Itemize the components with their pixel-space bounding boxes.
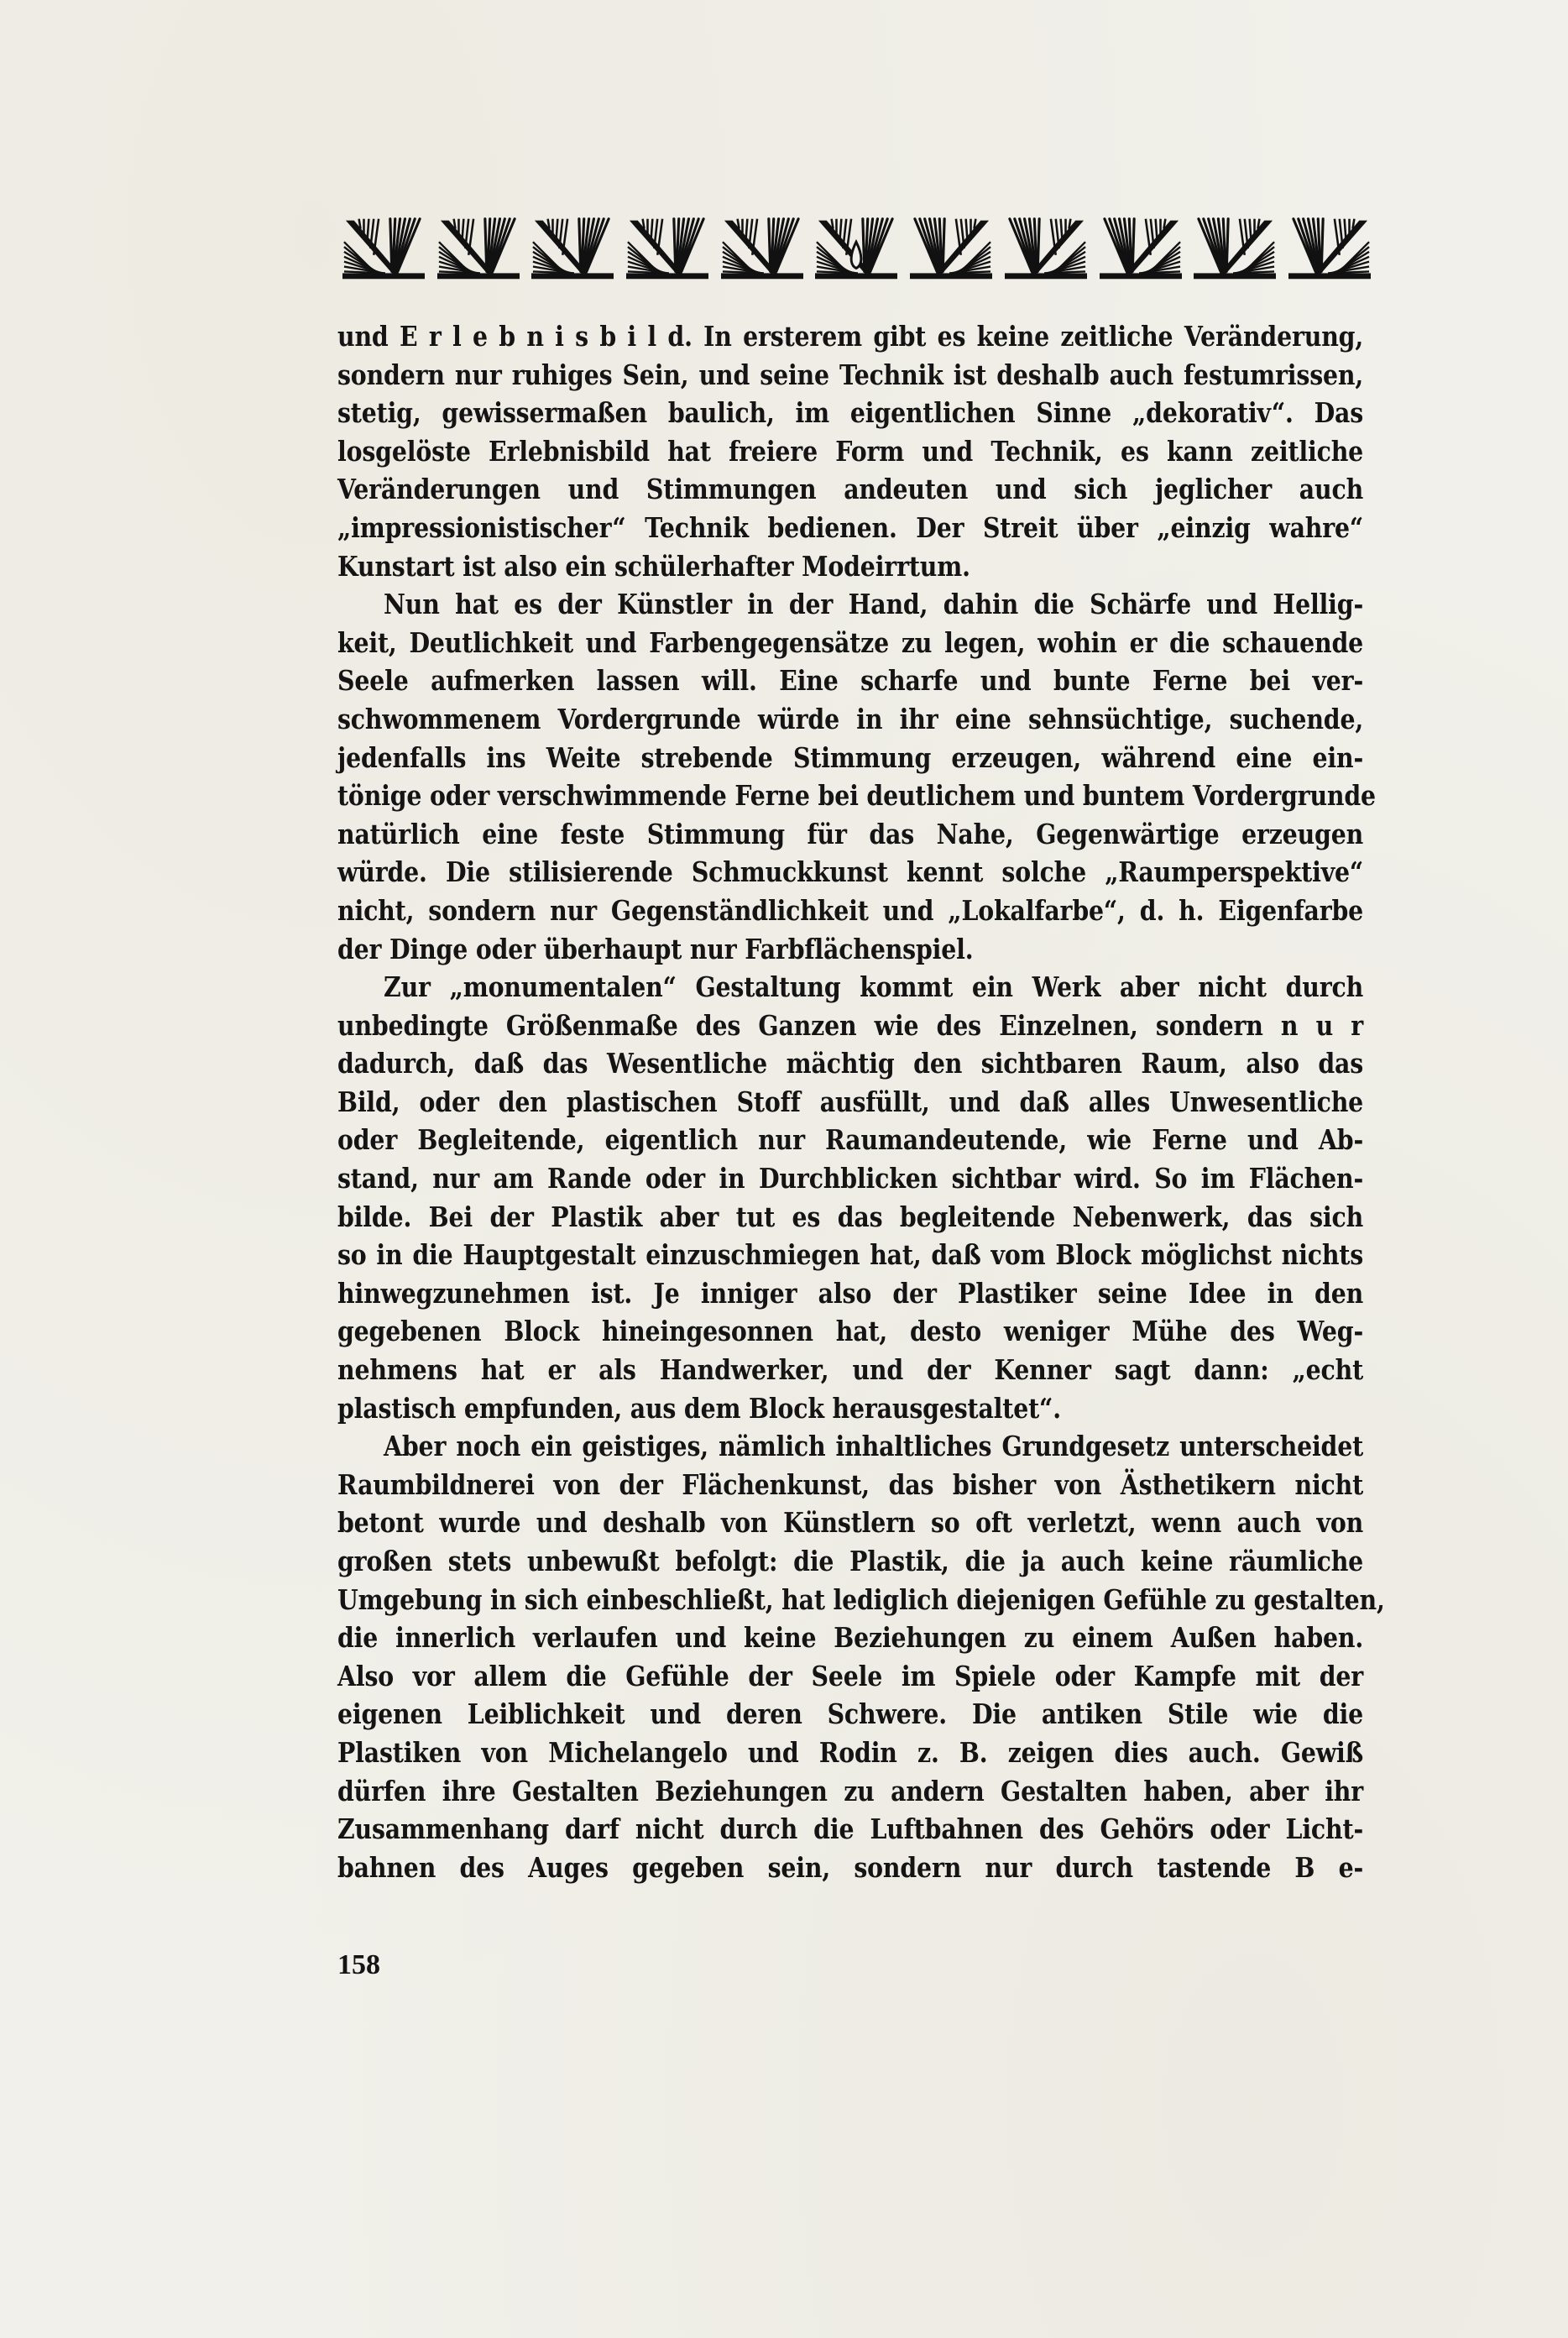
text-line: nicht, sondern nur Gegenständlichkeit un…: [337, 892, 1363, 930]
pine-branch-icon: [910, 217, 992, 280]
text-line: nehmens hat er als Handwerker, und der K…: [337, 1351, 1363, 1389]
text-line: jedenfalls ins Weite strebende Stimmung …: [337, 739, 1363, 777]
text-line: würde. Die stilisierende Schmuckkunst ke…: [337, 853, 1363, 892]
text-line: keit, Deutlichkeit und Farbengegensätze …: [337, 624, 1363, 662]
pine-branch-icon: [437, 217, 520, 280]
pine-branch-icon: [1288, 217, 1371, 280]
text-line: losgelöste Erlebnisbild hat freiere Form…: [337, 432, 1363, 471]
text-line: Veränderungen und Stimmungen andeuten un…: [337, 470, 1363, 509]
text-line: unbedingte Größenmaße des Ganzen wie des…: [337, 1007, 1363, 1045]
body-text: und E r l e b n i s b i l d. In ersterem…: [337, 317, 1363, 1886]
text-line: die innerlich verlaufen und keine Bezieh…: [337, 1619, 1363, 1657]
text-line: hinwegzunehmen ist. Je inniger also der …: [337, 1274, 1363, 1313]
text-line: großen stets unbewußt befolgt: die Plast…: [337, 1542, 1363, 1581]
text-line: Kunstart ist also ein schülerhafter Mode…: [337, 547, 1363, 586]
text-line: natürlich eine feste Stimmung für das Na…: [337, 815, 1363, 854]
text-line: „impressionistischer“ Technik bedienen. …: [337, 509, 1363, 547]
text-line: Also vor allem die Gefühle der Seele im …: [337, 1657, 1363, 1696]
text-line: der Dinge oder überhaupt nur Farbflächen…: [337, 930, 1363, 969]
text-line: dadurch, daß das Wesentliche mächtig den…: [337, 1044, 1363, 1083]
pine-branch-icon: [815, 217, 897, 280]
text-line: eigenen Leiblichkeit und deren Schwere. …: [337, 1695, 1363, 1734]
text-line: bahnen des Auges gegeben sein, sondern n…: [337, 1849, 1363, 1887]
text-line: bilde. Bei der Plastik aber tut es das b…: [337, 1198, 1363, 1237]
text-line: schwommenem Vordergrunde würde in ihr ei…: [337, 700, 1363, 739]
text-line: gegebenen Block hineingesonnen hat, dest…: [337, 1312, 1363, 1351]
text-line: Bild, oder den plastischen Stoff ausfüll…: [337, 1083, 1363, 1122]
text-line: plastisch empfunden, aus dem Block herau…: [337, 1389, 1363, 1428]
pine-branch-icon: [1100, 217, 1182, 280]
text-line: Aber noch ein geistiges, nämlich inhaltl…: [337, 1427, 1363, 1466]
text-line: Zusammenhang darf nicht durch die Luftba…: [337, 1810, 1363, 1849]
pine-branch-icon: [531, 217, 614, 280]
text-line: Zur „monumentalen“ Gestaltung kommt ein …: [337, 968, 1363, 1007]
text-line: so in die Hauptgestalt einzuschmiegen ha…: [337, 1236, 1363, 1274]
text-line: dürfen ihre Gestalten Beziehungen zu and…: [337, 1772, 1363, 1811]
pine-branch-icon: [1194, 217, 1276, 280]
text-line: stand, nur am Rande oder in Durchblicken…: [337, 1159, 1363, 1198]
text-line: und E r l e b n i s b i l d. In ersterem…: [337, 317, 1363, 356]
pine-branch-icon: [721, 217, 803, 280]
text-line: sondern nur ruhiges Sein, und seine Tech…: [337, 356, 1363, 395]
text-line: betont wurde und deshalb von Künstlern s…: [337, 1504, 1363, 1542]
text-line: tönige oder verschwimmende Ferne bei deu…: [337, 777, 1363, 815]
page-number: 158: [337, 1949, 380, 1981]
text-line: oder Begleitende, eigentlich nur Raumand…: [337, 1121, 1363, 1159]
header-ornament-frieze: [342, 217, 1371, 280]
pine-branch-icon: [626, 217, 708, 280]
pine-branch-icon: [1005, 217, 1087, 280]
text-line: stetig, gewissermaßen baulich, im eigent…: [337, 394, 1363, 432]
pine-branch-icon: [342, 217, 425, 280]
text-line: Seele aufmerken lassen will. Eine scharf…: [337, 662, 1363, 700]
text-line: Raumbildnerei von der Flächenkunst, das …: [337, 1466, 1363, 1504]
text-line: Plastiken von Michelangelo und Rodin z. …: [337, 1734, 1363, 1772]
text-line: Umgebung in sich einbeschließt, hat ledi…: [337, 1581, 1363, 1619]
text-line: Nun hat es der Künstler in der Hand, dah…: [337, 585, 1363, 624]
